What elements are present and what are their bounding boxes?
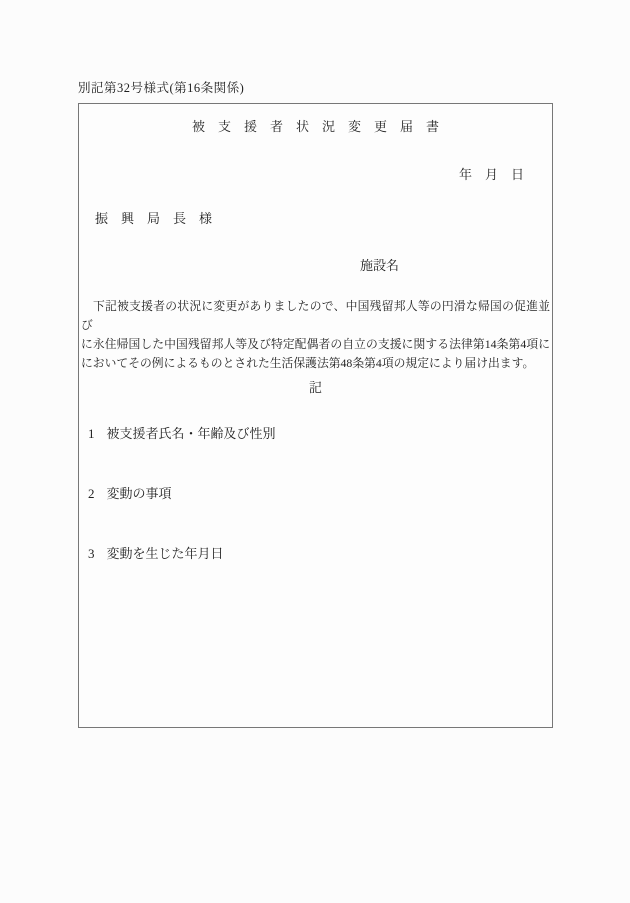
list-item-text: 変動の事項 bbox=[107, 486, 172, 501]
addressee-line: 振 興 局 長 様 bbox=[95, 208, 212, 227]
date-line: 年 月 日 bbox=[459, 164, 524, 183]
body-paragraph: 下記被支援者の状況に変更がありましたので、中国残留邦人等の円滑な帰国の促進並び … bbox=[81, 297, 550, 373]
form-title: 被 支 援 者 状 況 変 更 届 書 bbox=[79, 116, 552, 135]
paragraph-line-2: に永住帰国した中国残留邦人等及び特定配偶者の自立の支援に関する法律第14条第4項… bbox=[81, 335, 550, 354]
list-item-3: 3変動を生じた年月日 bbox=[88, 543, 224, 562]
paragraph-line-1: 下記被支援者の状況に変更がありましたので、中国残留邦人等の円滑な帰国の促進並び bbox=[81, 297, 550, 335]
list-item-number: 2 bbox=[88, 486, 95, 502]
list-item-number: 1 bbox=[88, 426, 95, 442]
document-page: 別記第32号様式(第16条関係) 被 支 援 者 状 況 変 更 届 書 年 月… bbox=[0, 0, 630, 903]
list-item-text: 変動を生じた年月日 bbox=[107, 546, 224, 561]
list-item-2: 2変動の事項 bbox=[88, 483, 172, 502]
section-marker-ki: 記 bbox=[79, 377, 552, 396]
form-number-label: 別記第32号様式(第16条関係) bbox=[78, 78, 244, 96]
list-item-1: 1被支援者氏名・年齢及び性別 bbox=[88, 423, 276, 442]
form-border-box: 被 支 援 者 状 況 変 更 届 書 年 月 日 振 興 局 長 様 施設名 … bbox=[78, 103, 553, 728]
paragraph-line-3: においてその例によるものとされた生活保護法第48条第4項の規定により届け出ます。 bbox=[81, 354, 550, 373]
list-item-number: 3 bbox=[88, 546, 95, 562]
list-item-text: 被支援者氏名・年齢及び性別 bbox=[107, 426, 276, 441]
facility-name-label: 施設名 bbox=[360, 255, 399, 274]
